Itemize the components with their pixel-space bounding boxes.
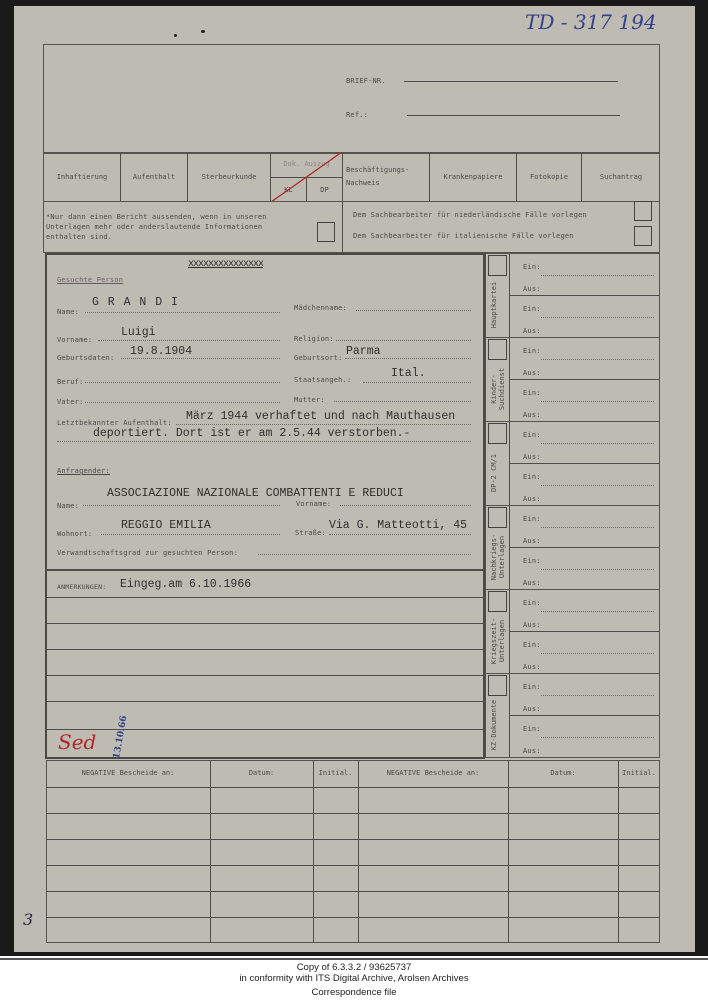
table-header: Initial. <box>313 760 358 787</box>
strasse-field[interactable] <box>329 534 471 535</box>
category-aufenthalt[interactable]: Aufenthalt <box>121 152 187 202</box>
notes-line <box>47 729 484 730</box>
ein-aus-field[interactable] <box>541 485 654 486</box>
table-cell[interactable] <box>47 892 209 916</box>
notes-line <box>47 597 484 598</box>
table-cell[interactable] <box>619 840 659 864</box>
category-label: Aufenthalt <box>133 171 175 184</box>
footer-separator <box>0 958 708 960</box>
category-label: Inhaftierung <box>57 171 108 184</box>
table-cell[interactable] <box>47 840 209 864</box>
aus-label: Aus: <box>523 747 541 755</box>
ein-aus-field[interactable] <box>541 611 654 612</box>
notice-text: *Nur dann einen Bericht aussenden, wenn … <box>46 212 301 242</box>
table-cell[interactable] <box>211 814 312 838</box>
aus-label: Aus: <box>523 705 541 713</box>
ein-aus-field[interactable] <box>541 695 654 696</box>
vater-label: Vater: <box>57 398 84 406</box>
table-header: Datum: <box>508 760 618 787</box>
sidebar-checkbox[interactable] <box>488 423 507 444</box>
aus-label: Aus: <box>523 537 541 545</box>
sidebar-section-label: KZ-Dokumente <box>490 697 498 753</box>
table-cell[interactable] <box>509 840 617 864</box>
table-cell[interactable] <box>314 788 357 812</box>
ink-speck <box>201 30 205 33</box>
table-cell[interactable] <box>314 892 357 916</box>
ein-label: Ein: <box>523 641 541 649</box>
ein-aus-field[interactable] <box>541 653 654 654</box>
margin-mark: 3 <box>23 910 33 929</box>
table-cell[interactable] <box>509 918 617 942</box>
category-fotokopie[interactable]: Fotokopie <box>517 152 581 202</box>
vorname-label: Vorname: <box>57 336 92 344</box>
name-label: Name: <box>57 308 79 316</box>
anfragender-label: Anfragender: <box>57 467 110 475</box>
maedchenname-field[interactable] <box>356 310 471 311</box>
ein-label: Ein: <box>523 305 541 313</box>
forward-option-nl: Dem Sachbearbeiter für niederländische F… <box>353 211 587 219</box>
ein-label: Ein: <box>523 473 541 481</box>
table-cell[interactable] <box>359 866 507 890</box>
notes-line <box>47 701 484 702</box>
ein-label: Ein: <box>523 725 541 733</box>
geburtsort-label: Geburtsort: <box>294 354 343 362</box>
brief-nr-label: BRIEF-NR. <box>346 77 386 85</box>
notes-line <box>47 675 484 676</box>
sidebar-section-label: DP-2 CM/1 <box>490 445 498 501</box>
geburtsdaten-label: Geburtsdaten: <box>57 354 114 362</box>
table-cell[interactable] <box>619 788 659 812</box>
typed-header-xs: xxxxxxxxxxxxxxx <box>188 259 263 270</box>
entry-divider <box>509 547 659 548</box>
category-inhaftierung[interactable]: Inhaftierung <box>44 152 120 202</box>
table-cell[interactable] <box>359 918 507 942</box>
beruf-label: Beruf: <box>57 378 84 386</box>
ein-label: Ein: <box>523 431 541 439</box>
notes-line <box>47 623 484 624</box>
section-divider <box>47 569 484 571</box>
wohnort-label: Wohnort: <box>57 530 92 538</box>
entry-divider <box>509 463 659 464</box>
category-krankenpapiere[interactable]: Krankenpapiere <box>430 152 516 202</box>
category-beschaeftigungsnachweis[interactable]: Beschäftigungs-Nachweis <box>346 152 430 202</box>
ein-label: Ein: <box>523 515 541 523</box>
entry-divider <box>509 631 659 632</box>
geburtsdaten-field[interactable] <box>121 358 280 359</box>
staatsangeh-field[interactable] <box>363 382 471 383</box>
table-cell[interactable] <box>314 840 357 864</box>
aus-label: Aus: <box>523 285 541 293</box>
ink-speck <box>174 34 177 37</box>
notes-line <box>47 649 484 650</box>
aufenthalt-value-2: deportiert. Dort ist er am 2.5.44 versto… <box>93 427 410 440</box>
aus-label: Aus: <box>523 495 541 503</box>
staatsangeh-value: Ital. <box>391 367 426 380</box>
anfragender-name-field[interactable] <box>83 505 280 506</box>
table-cell[interactable] <box>211 866 312 890</box>
geburtsdaten-value: 19.8.1904 <box>130 345 192 358</box>
category-sterbeurkunde[interactable]: Sterbeurkunde <box>188 152 270 202</box>
table-cell[interactable] <box>359 788 507 812</box>
strasse-value: Via G. Matteotti, 45 <box>329 519 467 532</box>
table-header: NEGATIVE Bescheide an: <box>358 760 508 787</box>
table-cell[interactable] <box>47 866 209 890</box>
divider <box>342 152 343 202</box>
table-cell[interactable] <box>359 814 507 838</box>
aufenthalt-label: Letztbekannter Aufenthalt: <box>57 419 172 427</box>
footer-copy-line: Copy of 6.3.3.2 / 93625737 <box>0 962 708 973</box>
ein-label: Ein: <box>523 683 541 691</box>
ein-label: Ein: <box>523 599 541 607</box>
aus-label: Aus: <box>523 663 541 671</box>
table-cell[interactable] <box>359 892 507 916</box>
footer-conformity-line: in conformity with ITS Digital Archive, … <box>0 973 708 984</box>
forward-it-checkbox[interactable] <box>634 226 652 246</box>
table-header: Datum: <box>210 760 313 787</box>
vorname-value: Luigi <box>121 326 156 339</box>
table-cell[interactable] <box>211 840 312 864</box>
verwandtschaft-label: Verwandtschaftsgrad zur gesuchten Person… <box>57 549 238 557</box>
mutter-field[interactable] <box>334 401 471 402</box>
entry-divider <box>509 379 659 380</box>
table-cell[interactable] <box>509 866 617 890</box>
category-label: Suchantrag <box>600 171 642 184</box>
vorname-field[interactable] <box>98 340 280 341</box>
ein-aus-field[interactable] <box>541 401 654 402</box>
table-cell[interactable] <box>619 918 659 942</box>
ein-aus-field[interactable] <box>541 443 654 444</box>
table-cell[interactable] <box>314 814 357 838</box>
table-cell[interactable] <box>211 892 312 916</box>
ein-aus-field[interactable] <box>541 527 654 528</box>
aus-label: Aus: <box>523 453 541 461</box>
signature-initials: Sed <box>58 730 96 754</box>
verwandtschaft-field[interactable] <box>258 554 471 555</box>
cross-out-line <box>271 152 342 202</box>
divider <box>342 201 343 253</box>
table-cell[interactable] <box>509 892 617 916</box>
sidebar-checkbox[interactable] <box>488 339 507 360</box>
anfragender-vorname-field[interactable] <box>340 505 471 506</box>
staatsangeh-label: Staatsangeh.: <box>294 376 351 384</box>
geburtsort-field[interactable] <box>345 358 471 359</box>
sidebar-section-label: Nachkriegs-Unterlagen <box>490 529 506 585</box>
aufenthalt-value-1: März 1944 verhaftet und nach Mauthausen <box>186 410 455 423</box>
religion-label: Religion: <box>294 335 334 343</box>
strasse-label: Straße: <box>295 529 326 537</box>
notice-checkbox[interactable] <box>317 222 335 242</box>
vater-field[interactable] <box>85 402 280 403</box>
religion-field[interactable] <box>336 340 471 341</box>
anfragender-vorname-label: Vorname: <box>296 500 331 508</box>
sidebar-checkbox[interactable] <box>488 675 507 696</box>
name-value: G R A N D I <box>92 296 179 309</box>
footer-file-type: Correspondence file <box>0 987 708 998</box>
table-cell[interactable] <box>509 788 617 812</box>
ein-label: Ein: <box>523 347 541 355</box>
table-cell[interactable] <box>47 918 209 942</box>
table-cell[interactable] <box>619 866 659 890</box>
table-cell[interactable] <box>211 918 312 942</box>
document-number-handwritten: TD - 317 194 <box>525 10 657 34</box>
entry-divider <box>509 295 659 296</box>
anmerkungen-label: ANMERKUNGEN: <box>57 583 106 591</box>
aufenthalt-field-1[interactable] <box>176 424 471 425</box>
sidebar-checkbox[interactable] <box>488 507 507 528</box>
sidebar-checkbox[interactable] <box>488 255 507 276</box>
ein-aus-field[interactable] <box>541 275 654 276</box>
ein-label: Ein: <box>523 263 541 271</box>
geburtsort-value: Parma <box>346 345 381 358</box>
anfragender-name-value: ASSOCIAZIONE NAZIONALE COMBATTENTI E RED… <box>107 487 404 500</box>
category-label: Sterbeurkunde <box>202 171 257 184</box>
ein-label: Ein: <box>523 557 541 565</box>
gesuchte-person-label: Gesuchte Person <box>57 276 123 284</box>
table-cell[interactable] <box>47 814 209 838</box>
beruf-field[interactable] <box>85 382 280 383</box>
name-field[interactable] <box>85 312 280 313</box>
table-cell[interactable] <box>619 892 659 916</box>
wohnort-field[interactable] <box>101 534 280 535</box>
ein-aus-field[interactable] <box>541 569 654 570</box>
table-cell[interactable] <box>47 788 209 812</box>
aus-label: Aus: <box>523 369 541 377</box>
forward-nl-checkbox[interactable] <box>634 201 652 221</box>
table-cell[interactable] <box>359 840 507 864</box>
aus-label: Aus: <box>523 327 541 335</box>
category-label: Beschäftigungs-Nachweis <box>346 164 408 190</box>
aus-label: Aus: <box>523 411 541 419</box>
wohnort-value: REGGIO EMILIA <box>121 519 211 532</box>
mutter-label: Mutter: <box>294 396 325 404</box>
table-cell[interactable] <box>211 788 312 812</box>
category-suchantrag[interactable]: Suchantrag <box>582 152 660 202</box>
table-cell[interactable] <box>314 866 357 890</box>
sidebar-checkbox[interactable] <box>488 591 507 612</box>
entry-divider <box>509 715 659 716</box>
category-label: Fotokopie <box>530 171 568 184</box>
forward-option-it: Dem Sachbearbeiter für italienische Fäll… <box>353 232 574 240</box>
table-cell[interactable] <box>314 918 357 942</box>
ein-aus-field[interactable] <box>541 359 654 360</box>
aufenthalt-field-2[interactable] <box>57 441 471 442</box>
category-label: Krankenpapiere <box>443 171 502 184</box>
brief-nr-field[interactable] <box>404 81 618 82</box>
ref-label: Ref.: <box>346 111 368 119</box>
table-header: NEGATIVE Bescheide an: <box>46 760 210 787</box>
sidebar-section-label: Hauptkartei <box>490 277 498 333</box>
anfragender-name-label: Name: <box>57 502 79 510</box>
sidebar-section-label: Kriegszeit-Unterlagen <box>490 613 506 669</box>
person-box <box>45 253 485 759</box>
maedchenname-label: Mädchenname: <box>294 304 347 312</box>
anmerkungen-value: Eingeg.am 6.10.1966 <box>120 578 251 591</box>
ein-label: Ein: <box>523 389 541 397</box>
table-cell[interactable] <box>619 814 659 838</box>
ref-field[interactable] <box>407 115 620 116</box>
header-box <box>43 44 660 154</box>
ein-aus-field[interactable] <box>541 737 654 738</box>
aus-label: Aus: <box>523 621 541 629</box>
aus-label: Aus: <box>523 579 541 587</box>
table-cell[interactable] <box>509 814 617 838</box>
table-header: Initial. <box>618 760 660 787</box>
ein-aus-field[interactable] <box>541 317 654 318</box>
sidebar-section-label: Kinder-Suchdienst <box>490 361 506 417</box>
